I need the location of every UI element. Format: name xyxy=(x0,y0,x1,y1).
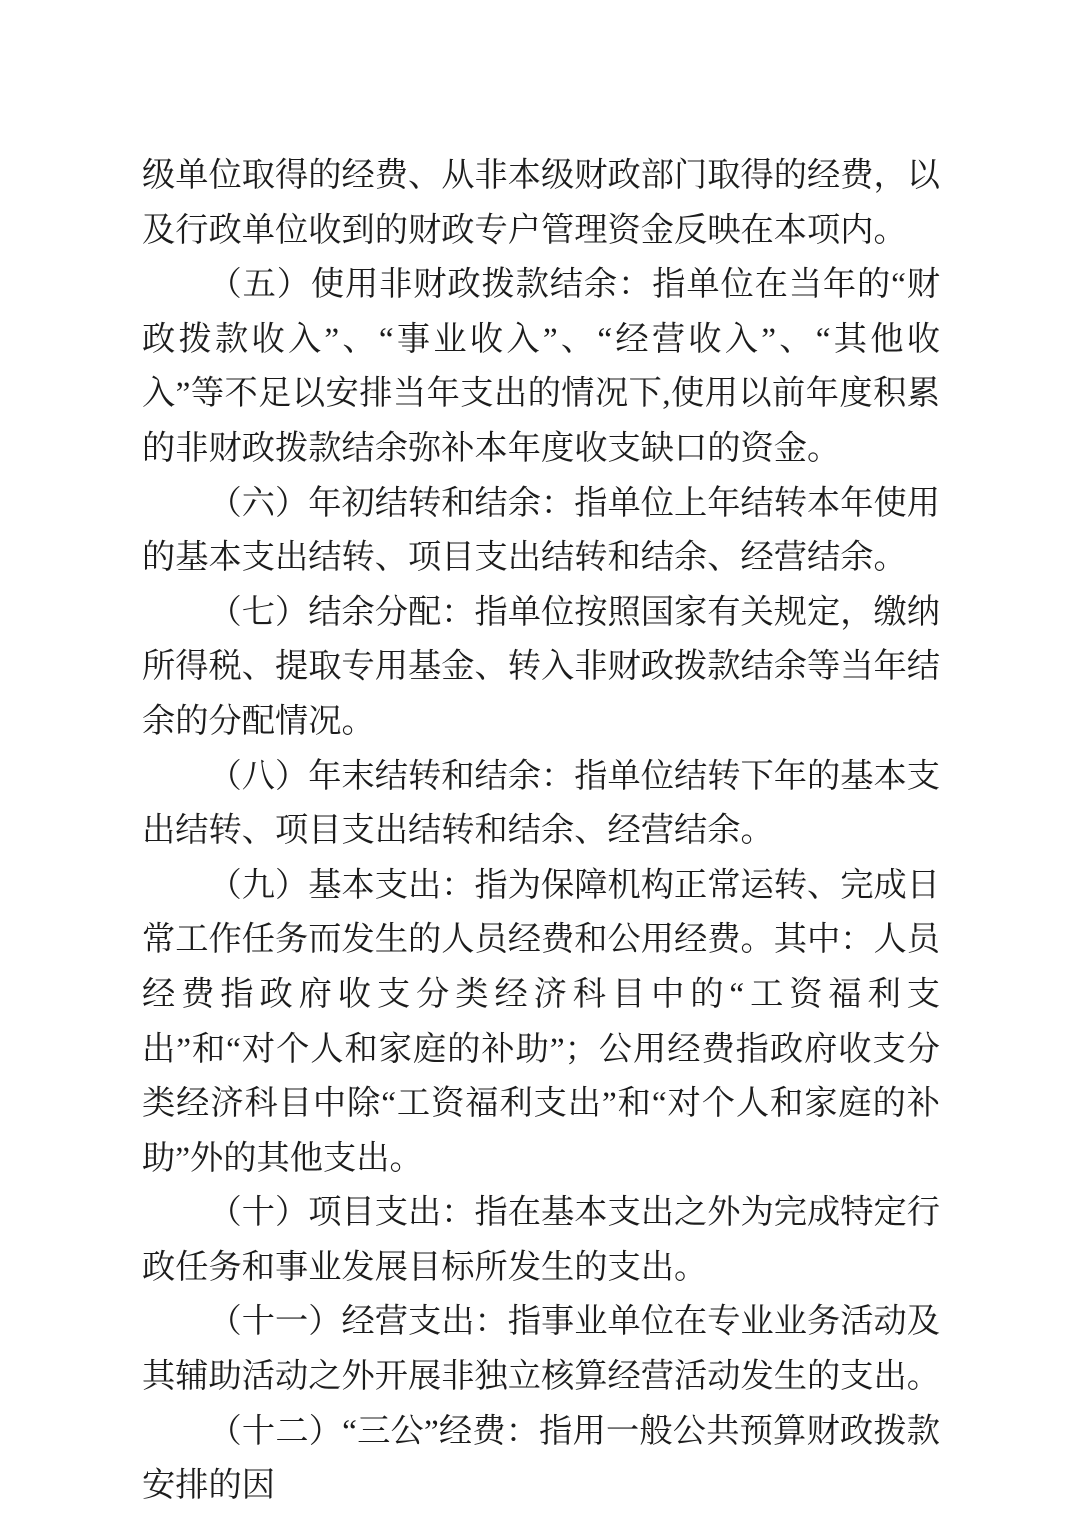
document-text-block: 级单位取得的经费、从非本级财政部门取得的经费，以及行政单位收到的财政专户管理资金… xyxy=(142,149,940,1514)
paragraph-item-10: （十）项目支出：指在基本支出之外为完成特定行政任务和事业发展目标所发生的支出。 xyxy=(142,1186,940,1295)
paragraph-item-8: （八）年末结转和结余：指单位结转下年的基本支出结转、项目支出结转和结余、经营结余… xyxy=(142,750,940,859)
paragraph-item-4-continuation: 级单位取得的经费、从非本级财政部门取得的经费，以及行政单位收到的财政专户管理资金… xyxy=(142,149,940,258)
paragraph-item-9: （九）基本支出：指为保障机构正常运转、完成日常工作任务而发生的人员经费和公用经费… xyxy=(142,859,940,1187)
paragraph-item-6: （六）年初结转和结余：指单位上年结转本年使用的基本支出结转、项目支出结转和结余、… xyxy=(142,477,940,586)
paragraph-item-5: （五）使用非财政拨款结余：指单位在当年的“财政拨款收入”、“事业收入”、“经营收… xyxy=(142,258,940,476)
paragraph-item-7: （七）结余分配：指单位按照国家有关规定，缴纳所得税、提取专用基金、转入非财政拨款… xyxy=(142,586,940,750)
document-page: 级单位取得的经费、从非本级财政部门取得的经费，以及行政单位收到的财政专户管理资金… xyxy=(0,0,1074,1520)
paragraph-item-12: （十二）“三公”经费：指用一般公共预算财政拨款安排的因 xyxy=(142,1405,940,1514)
paragraph-item-11: （十一）经营支出：指事业单位在专业业务活动及其辅助活动之外开展非独立核算经营活动… xyxy=(142,1295,940,1404)
